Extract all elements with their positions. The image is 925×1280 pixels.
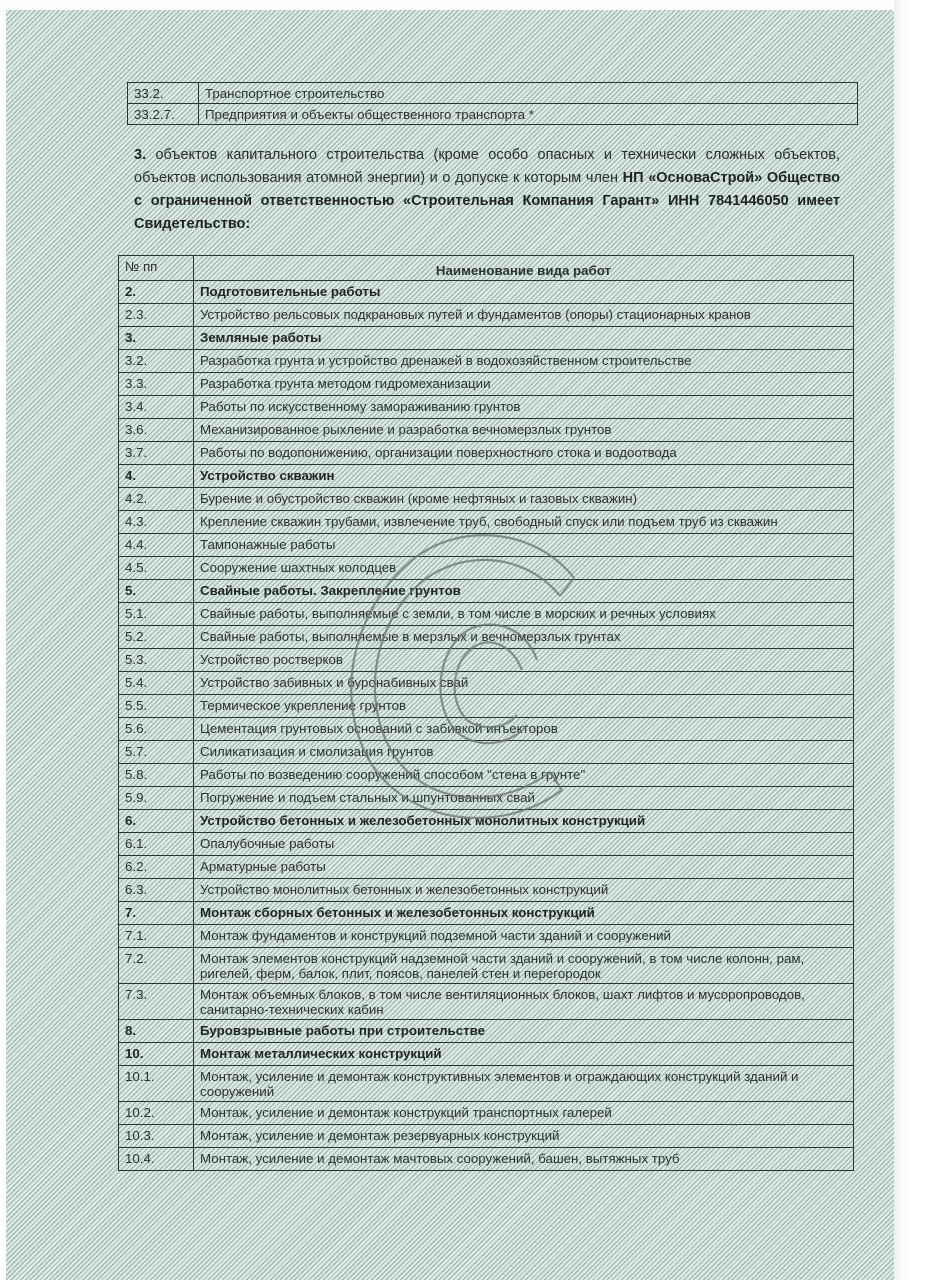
row-name: Земляные работы xyxy=(194,327,854,350)
row-name: Свайные работы. Закрепление грунтов xyxy=(194,580,854,603)
row-name: Работы по искусственному замораживанию г… xyxy=(194,396,854,419)
table-row: 7.3.Монтаж объемных блоков, в том числе … xyxy=(119,984,854,1020)
row-number: 5.6. xyxy=(119,718,194,741)
row-number: 5.5. xyxy=(119,695,194,718)
row-name: Цементация грунтовых оснований с забивко… xyxy=(194,718,854,741)
row-name: Работы по возведению сооружений способом… xyxy=(194,764,854,787)
work-types-table: № пп Наименование вида работ 2.Подготови… xyxy=(118,255,854,1171)
table-row: 6.2.Арматурные работы xyxy=(119,856,854,879)
section-row: 3.Земляные работы xyxy=(119,327,854,350)
row-number: 6.1. xyxy=(119,833,194,856)
row-name: Сооружение шахтных колодцев xyxy=(194,557,854,580)
page-edge xyxy=(894,0,925,1280)
row-name: Транспортное строительство xyxy=(199,83,858,104)
row-name: Бурение и обустройство скважин (кроме не… xyxy=(194,488,854,511)
table-row: 5.5.Термическое укрепление грунтов xyxy=(119,695,854,718)
row-name: Тампонажные работы xyxy=(194,534,854,557)
row-number: 7.2. xyxy=(119,948,194,984)
row-number: 4.3. xyxy=(119,511,194,534)
table-row: 4.5.Сооружение шахтных колодцев xyxy=(119,557,854,580)
row-name: Монтаж сборных бетонных и железобетонных… xyxy=(194,902,854,925)
row-number: 10. xyxy=(119,1043,194,1066)
row-name: Монтаж, усиление и демонтаж конструктивн… xyxy=(194,1066,854,1102)
row-number: 5.3. xyxy=(119,649,194,672)
row-number: 4.5. xyxy=(119,557,194,580)
row-name: Свайные работы, выполняемые с земли, в т… xyxy=(194,603,854,626)
table-row: 3.2.Разработка грунта и устройство дрена… xyxy=(119,350,854,373)
row-number: 10.1. xyxy=(119,1066,194,1102)
table-row: 4.3.Крепление скважин трубами, извлечени… xyxy=(119,511,854,534)
row-name: Устройство монолитных бетонных и железоб… xyxy=(194,879,854,902)
table-row: 5.7.Силикатизация и смолизация грунтов xyxy=(119,741,854,764)
section-row: 10.Монтаж металлических конструкций xyxy=(119,1043,854,1066)
row-number: 3.4. xyxy=(119,396,194,419)
row-number: 5. xyxy=(119,580,194,603)
intro-paragraph: 3. объектов капитального строительства (… xyxy=(134,144,840,236)
table-row: 5.9.Погружение и подъем стальных и шпунт… xyxy=(119,787,854,810)
row-number: 4. xyxy=(119,465,194,488)
row-number: 10.3. xyxy=(119,1125,194,1148)
section-row: 6.Устройство бетонных и железобетонных м… xyxy=(119,810,854,833)
row-name: Погружение и подъем стальных и шпунтован… xyxy=(194,787,854,810)
section-row: 5.Свайные работы. Закрепление грунтов xyxy=(119,580,854,603)
row-name: Подготовительные работы xyxy=(194,281,854,304)
table-row: 5.3.Устройство ростверков xyxy=(119,649,854,672)
table-row: 10.1.Монтаж, усиление и демонтаж констру… xyxy=(119,1066,854,1102)
section-row: 7.Монтаж сборных бетонных и железобетонн… xyxy=(119,902,854,925)
section-row: 4.Устройство скважин xyxy=(119,465,854,488)
table-row: 5.4.Устройство забивных и буронабивных с… xyxy=(119,672,854,695)
row-name: Механизированное рыхление и разработка в… xyxy=(194,419,854,442)
row-name: Устройство забивных и буронабивных свай xyxy=(194,672,854,695)
row-number: 5.2. xyxy=(119,626,194,649)
row-number: 6.3. xyxy=(119,879,194,902)
row-number: 3. xyxy=(119,327,194,350)
row-number: 4.4. xyxy=(119,534,194,557)
table-header-row: № пп Наименование вида работ xyxy=(119,256,854,281)
row-name: Разработка грунта и устройство дренажей … xyxy=(194,350,854,373)
row-number: 6. xyxy=(119,810,194,833)
row-number: 5.4. xyxy=(119,672,194,695)
table-row: 10.4.Монтаж, усиление и демонтаж мачтовы… xyxy=(119,1148,854,1171)
row-name: Устройство ростверков xyxy=(194,649,854,672)
row-name: Монтаж элементов конструкций надземной ч… xyxy=(194,948,854,984)
row-number: 7. xyxy=(119,902,194,925)
row-name: Устройство бетонных и железобетонных мон… xyxy=(194,810,854,833)
table-row: 3.3.Разработка грунта методом гидромехан… xyxy=(119,373,854,396)
row-number: 5.1. xyxy=(119,603,194,626)
row-number: 5.7. xyxy=(119,741,194,764)
table-row: 5.8.Работы по возведению сооружений спос… xyxy=(119,764,854,787)
table-row: 7.1.Монтаж фундаментов и конструкций под… xyxy=(119,925,854,948)
row-number: 3.7. xyxy=(119,442,194,465)
row-number: 2.3. xyxy=(119,304,194,327)
table-row: 6.3.Устройство монолитных бетонных и жел… xyxy=(119,879,854,902)
table-row: 7.2.Монтаж элементов конструкций надземн… xyxy=(119,948,854,984)
row-name: Устройство скважин xyxy=(194,465,854,488)
row-name: Силикатизация и смолизация грунтов xyxy=(194,741,854,764)
row-name: Предприятия и объекты общественного тран… xyxy=(199,104,858,125)
row-name: Разработка грунта методом гидромеханизац… xyxy=(194,373,854,396)
row-name: Монтаж, усиление и демонтаж резервуарных… xyxy=(194,1125,854,1148)
row-number: 10.4. xyxy=(119,1148,194,1171)
row-number: 5.8. xyxy=(119,764,194,787)
row-number: 3.6. xyxy=(119,419,194,442)
row-name: Монтаж, усиление и демонтаж мачтовых соо… xyxy=(194,1148,854,1171)
row-name: Термическое укрепление грунтов xyxy=(194,695,854,718)
table-row: 10.2.Монтаж, усиление и демонтаж констру… xyxy=(119,1102,854,1125)
row-number: 5.9. xyxy=(119,787,194,810)
table-row: 10.3.Монтаж, усиление и демонтаж резерву… xyxy=(119,1125,854,1148)
table-row: 6.1.Опалубочные работы xyxy=(119,833,854,856)
row-number: 10.2. xyxy=(119,1102,194,1125)
table-row: 33.2.7. Предприятия и объекты общественн… xyxy=(128,104,858,125)
section-number: 3. xyxy=(134,147,146,163)
section-row: 8.Буровзрывные работы при строительстве xyxy=(119,1020,854,1043)
table-row: 3.7.Работы по водопонижению, организации… xyxy=(119,442,854,465)
header-name: Наименование вида работ xyxy=(194,256,854,281)
row-name: Опалубочные работы xyxy=(194,833,854,856)
top-table: 33.2. Транспортное строительство 33.2.7.… xyxy=(127,82,858,125)
row-number: 7.3. xyxy=(119,984,194,1020)
row-number: 6.2. xyxy=(119,856,194,879)
row-name: Устройство рельсовых подкрановых путей и… xyxy=(194,304,854,327)
table-row: 5.2.Свайные работы, выполняемые в мерзлы… xyxy=(119,626,854,649)
row-name: Монтаж, усиление и демонтаж конструкций … xyxy=(194,1102,854,1125)
row-name: Свайные работы, выполняемые в мерзлых и … xyxy=(194,626,854,649)
table-row: 4.2.Бурение и обустройство скважин (кром… xyxy=(119,488,854,511)
table-row: 2.3.Устройство рельсовых подкрановых пут… xyxy=(119,304,854,327)
table-row: 5.6.Цементация грунтовых оснований с заб… xyxy=(119,718,854,741)
row-number: 4.2. xyxy=(119,488,194,511)
row-name: Работы по водопонижению, организации пов… xyxy=(194,442,854,465)
row-name: Арматурные работы xyxy=(194,856,854,879)
row-number: 2. xyxy=(119,281,194,304)
row-number: 7.1. xyxy=(119,925,194,948)
row-number: 8. xyxy=(119,1020,194,1043)
table-row: 33.2. Транспортное строительство xyxy=(128,83,858,104)
row-number: 33.2.7. xyxy=(128,104,199,125)
row-number: 33.2. xyxy=(128,83,199,104)
row-number: 3.2. xyxy=(119,350,194,373)
row-name: Монтаж металлических конструкций xyxy=(194,1043,854,1066)
section-row: 2.Подготовительные работы xyxy=(119,281,854,304)
table-row: 3.6.Механизированное рыхление и разработ… xyxy=(119,419,854,442)
row-name: Монтаж фундаментов и конструкций подземн… xyxy=(194,925,854,948)
table-row: 5.1.Свайные работы, выполняемые с земли,… xyxy=(119,603,854,626)
row-name: Буровзрывные работы при строительстве xyxy=(194,1020,854,1043)
row-name: Монтаж объемных блоков, в том числе вент… xyxy=(194,984,854,1020)
row-number: 3.3. xyxy=(119,373,194,396)
table-row: 4.4.Тампонажные работы xyxy=(119,534,854,557)
table-row: 3.4.Работы по искусственному замораживан… xyxy=(119,396,854,419)
row-name: Крепление скважин трубами, извлечение тр… xyxy=(194,511,854,534)
header-number: № пп xyxy=(119,256,194,281)
